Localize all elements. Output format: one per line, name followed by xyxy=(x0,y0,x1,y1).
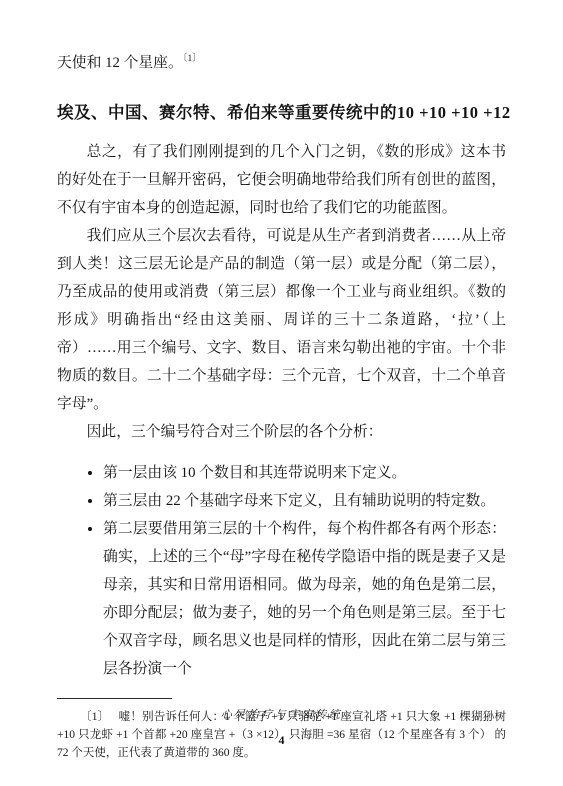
paragraph-3: 因此，三个编号符合对三个阶层的各个分析： xyxy=(57,418,506,446)
bullet-item-3: 第二层要借用第三层的十个构件，每个构件都各有两个形态：确实，上述的三个“母”字母… xyxy=(103,515,506,683)
book-page: 天使和 12 个星座。〔1〕 埃及、中国、赛尔特、希伯来等重要传统中的10 +1… xyxy=(0,0,563,786)
continued-text: 天使和 12 个星座。 xyxy=(57,55,183,71)
continued-paragraph: 天使和 12 个星座。〔1〕 xyxy=(57,52,506,74)
footnote-ref: 〔1〕 xyxy=(183,54,202,64)
bullet-item-1: 第一层由该 10 个数目和其连带说明来下定义。 xyxy=(103,459,506,487)
page-footer: 心灵治疗与宇宙传统 4 xyxy=(0,706,563,748)
paragraph-2: 我们应从三个层次去看待，可说是从生产者到消费者……从上帝到人类！这三层无论是产品… xyxy=(57,222,506,418)
paragraph-1: 总之，有了我们刚刚提到的几个入门之钥，《数的形成》这本书的好处在于一旦解开密码，… xyxy=(57,138,506,222)
bullet-list: 第一层由该 10 个数目和其连带说明来下定义。 第三层由 22 个基础字母来下定… xyxy=(57,459,506,683)
body-text: 总之，有了我们刚刚提到的几个入门之钥，《数的形成》这本书的好处在于一旦解开密码，… xyxy=(57,138,506,683)
bullet-item-2: 第三层由 22 个基础字母来下定义，且有辅助说明的特定数。 xyxy=(103,487,506,515)
footnote-separator xyxy=(57,698,172,699)
page-number: 4 xyxy=(0,733,563,748)
section-heading: 埃及、中国、赛尔特、希伯来等重要传统中的10 +10 +10 +12 xyxy=(57,99,506,123)
running-title: 心灵治疗与宇宙传统 xyxy=(0,706,563,722)
